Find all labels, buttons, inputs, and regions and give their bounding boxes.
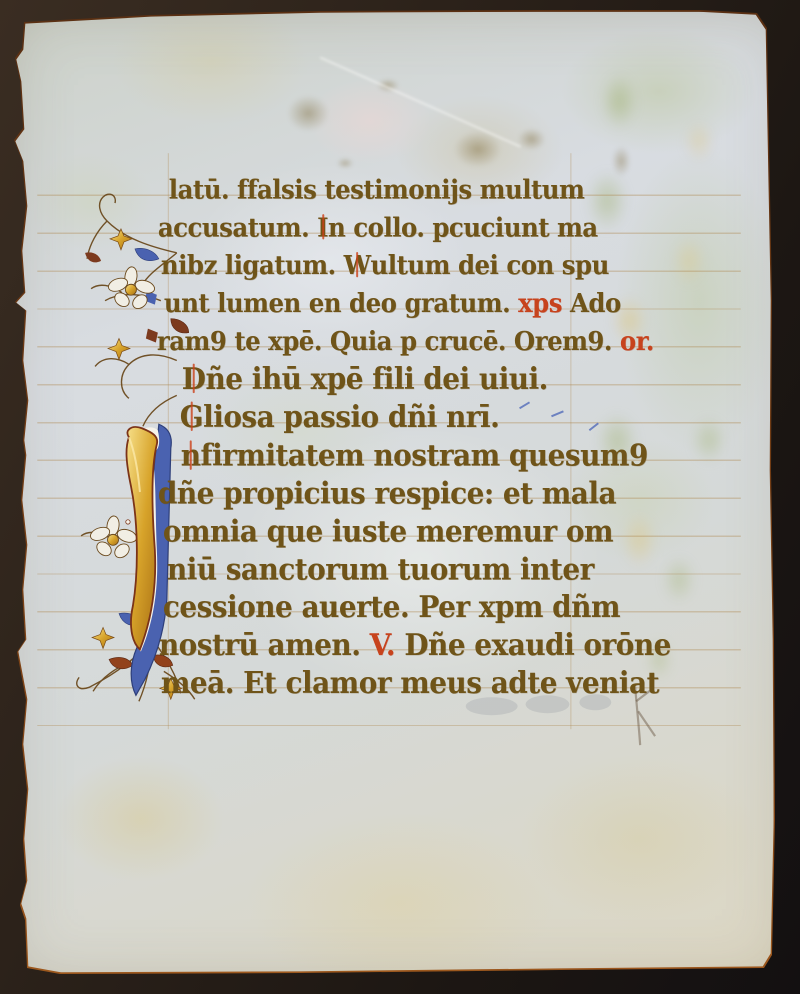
text-segment: liosa passio dñi nrī.	[203, 399, 499, 434]
text-segment: nostrū amen.	[159, 628, 370, 663]
manuscript-text-line: ram9 te xpē. Quia p crucē. Orem9. or.	[157, 326, 654, 357]
text-segment: ultum dei con spu	[371, 250, 609, 281]
text-segment: G	[180, 399, 203, 434]
text-segment: cessione auerte. Per xpm dñm	[163, 590, 620, 625]
blue-flourish-ticks	[520, 402, 599, 430]
text-segment: n collo. pcuciunt ma	[328, 212, 598, 243]
vellum-crease	[320, 57, 521, 148]
text-segment: niū sanctorum tuorum inter	[167, 552, 594, 587]
text-segment: n	[181, 438, 201, 473]
manuscript-photograph: I latū. ffalsis testimonijs multumaccusa…	[0, 0, 800, 994]
text-segment: nibz ligatum.	[161, 250, 344, 281]
manuscript-text-line: accusatum. In collo. pcuciunt ma	[158, 212, 598, 243]
manuscript-text-line: niū sanctorum tuorum inter	[167, 552, 594, 587]
text-segment: or.	[620, 326, 654, 357]
text-segment: D	[182, 361, 206, 396]
vellum-leaf: I latū. ffalsis testimonijs multumaccusa…	[1, 2, 798, 993]
text-segment: Dñe exaudi orōne	[404, 628, 671, 663]
text-segment: meā. Et clamor meus adte veniat	[161, 665, 659, 700]
text-segment: xps	[518, 288, 570, 319]
text-segment: firmitatem nostram quesum9	[201, 438, 648, 473]
manuscript-text-line: nostrū amen. V. Dñe exaudi orōne	[159, 628, 671, 663]
text-segment: ñe ihū xpē fili dei uiui.	[205, 361, 547, 396]
manuscript-text-line: Dñe ihū xpē fili dei uiui.	[182, 361, 548, 396]
manuscript-text-line: omnia que iuste meremur om	[163, 514, 613, 549]
manuscript-text-line: dñe propicius respice: et mala	[158, 476, 616, 511]
text-segment: unt lumen en deo gratum.	[164, 288, 518, 319]
manuscript-text-line: latū. ffalsis testimonijs multum	[169, 174, 585, 205]
text-segment: Ado	[570, 288, 621, 319]
manuscript-text-line: nibz ligatum. Wultum dei con spu	[161, 250, 609, 281]
daisy-flowers	[89, 266, 157, 560]
text-segment: W	[344, 250, 371, 281]
manuscript-text-line: Gliosa passio dñi nrī.	[180, 399, 500, 434]
manuscript-text-line: unt lumen en deo gratum. xps Ado	[164, 288, 621, 319]
text-segment: dñe propicius respice: et mala	[158, 476, 616, 511]
text-segment: omnia que iuste meremur om	[163, 514, 613, 549]
manuscript-text-line: meā. Et clamor meus adte veniat	[161, 665, 659, 700]
manuscript-text-line: cessione auerte. Per xpm dñm	[163, 590, 620, 625]
text-segment: accusatum.	[158, 212, 317, 243]
text-segment: latū. ffalsis testimonijs multum	[169, 174, 585, 205]
manuscript-text-line: nfirmitatem nostram quesum9	[181, 438, 648, 473]
text-segment: V.	[370, 628, 405, 663]
text-segment: ram9 te xpē. Quia p crucē. Orem9.	[157, 326, 620, 357]
text-segment: I	[317, 212, 328, 243]
